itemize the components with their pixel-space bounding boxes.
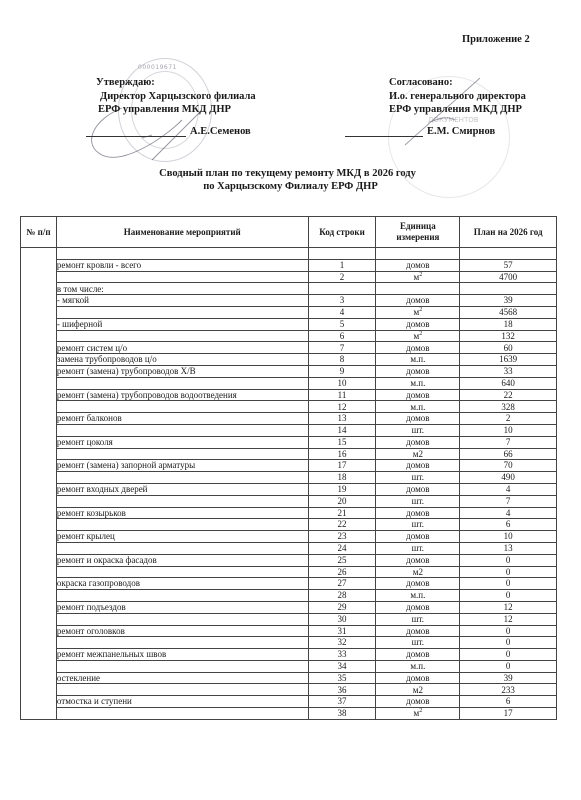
- row-plan: 640: [460, 377, 557, 389]
- row-code: 26: [308, 566, 376, 578]
- row-code: 15: [308, 436, 376, 448]
- table-row: 10м.п.640: [21, 377, 557, 389]
- row-code: 24: [308, 542, 376, 554]
- row-plan: [460, 283, 557, 295]
- row-unit: домов: [376, 507, 460, 519]
- row-name: ремонт межпанельных швов: [56, 649, 308, 661]
- row-unit: домов: [376, 365, 460, 377]
- row-unit: м.п.: [376, 401, 460, 413]
- stamp-text-right: ДОКУМЕНТОВ: [428, 116, 479, 124]
- row-plan: 490: [460, 472, 557, 484]
- row-name: [56, 271, 308, 283]
- row-name: ремонт подъездов: [56, 601, 308, 613]
- table-row: 38м217: [21, 708, 557, 720]
- row-plan: 12: [460, 601, 557, 613]
- row-code: 22: [308, 519, 376, 531]
- row-unit: м.п.: [376, 354, 460, 366]
- row-name: ремонт крылец: [56, 531, 308, 543]
- table-row: 26м20: [21, 566, 557, 578]
- signature-blank: [86, 136, 186, 137]
- row-unit: домов: [376, 672, 460, 684]
- row-unit: домов: [376, 483, 460, 495]
- row-name: ремонт балконов: [56, 413, 308, 425]
- row-name: [56, 590, 308, 602]
- row-name: [56, 684, 308, 696]
- table-row: ремонт (замена) трубопроводов водоотведе…: [21, 389, 557, 401]
- row-unit: домов: [376, 531, 460, 543]
- title-line2: по Харцызскому Филиалу ЕРФ ДНР: [0, 180, 581, 193]
- row-code: 12: [308, 401, 376, 413]
- row-name: - мягкой: [56, 295, 308, 307]
- row-unit: шт.: [376, 495, 460, 507]
- row-plan: 233: [460, 684, 557, 696]
- approve-signature-line: А.Е.Семенов: [86, 126, 251, 137]
- row-code: 10: [308, 377, 376, 389]
- row-code: 11: [308, 389, 376, 401]
- row-unit: м.п.: [376, 590, 460, 602]
- row-unit: м2: [376, 684, 460, 696]
- row-plan: 1639: [460, 354, 557, 366]
- row-name: ремонт и окраска фасадов: [56, 554, 308, 566]
- row-code: 9: [308, 365, 376, 377]
- row-plan: 0: [460, 554, 557, 566]
- agree-block: Согласовано: И.о. генерального директора…: [389, 76, 526, 117]
- row-code: 6: [308, 330, 376, 342]
- row-name: [56, 542, 308, 554]
- row-unit: домов: [376, 601, 460, 613]
- row-name: [56, 495, 308, 507]
- signature-blank: [345, 136, 423, 137]
- row-name: остекление: [56, 672, 308, 684]
- superscript-2: 2: [419, 307, 422, 313]
- table-row: ремонт межпанельных швов33домов0: [21, 649, 557, 661]
- table-row: замена трубопроводов ц/о8м.п.1639: [21, 354, 557, 366]
- row-plan: 6: [460, 696, 557, 708]
- superscript-2: 2: [419, 331, 422, 337]
- table-row: - шиферной5домов18: [21, 318, 557, 330]
- row-plan: 132: [460, 330, 557, 342]
- row-plan: 7: [460, 436, 557, 448]
- agree-signatory: Е.М. Смирнов: [427, 126, 495, 137]
- table-row: в том числе:: [21, 283, 557, 295]
- row-code: 1: [308, 259, 376, 271]
- row-plan: 22: [460, 389, 557, 401]
- table-row: ремонт кровли - всего1домов57: [21, 259, 557, 271]
- row-unit: домов: [376, 625, 460, 637]
- row-name: в том числе:: [56, 283, 308, 295]
- row-plan: 0: [460, 660, 557, 672]
- row-unit: м.п.: [376, 660, 460, 672]
- repair-plan-table: № п/п Наименование мероприятий Код строк…: [20, 216, 557, 720]
- row-unit: домов: [376, 436, 460, 448]
- row-unit: [376, 283, 460, 295]
- row-unit: шт.: [376, 542, 460, 554]
- row-code: 30: [308, 613, 376, 625]
- row-code: 7: [308, 342, 376, 354]
- table-row: ремонт козырьков21домов4: [21, 507, 557, 519]
- row-unit: м2: [376, 306, 460, 318]
- row-unit: м2: [376, 708, 460, 720]
- approve-label: Утверждаю:: [96, 76, 256, 90]
- row-name: ремонт систем ц/о: [56, 342, 308, 354]
- row-plan: 4568: [460, 306, 557, 318]
- row-unit: домов: [376, 413, 460, 425]
- table-row: 32шт.0: [21, 637, 557, 649]
- col-header-unit: Единицаизмерения: [376, 217, 460, 248]
- row-plan: 0: [460, 578, 557, 590]
- row-plan: 4700: [460, 271, 557, 283]
- table-row: окраска газопроводов27домов0: [21, 578, 557, 590]
- table-row: 28м.п.0: [21, 590, 557, 602]
- row-plan: 4: [460, 507, 557, 519]
- row-code: 18: [308, 472, 376, 484]
- approve-position-line2: ЕРФ управления МКД ДНР: [98, 103, 256, 117]
- row-plan: 57: [460, 259, 557, 271]
- superscript-2: 2: [419, 272, 422, 278]
- table-row: отмостка и ступени37домов6: [21, 696, 557, 708]
- row-name: [56, 519, 308, 531]
- approve-block: Утверждаю: Директор Харцызского филиала …: [96, 76, 256, 117]
- table-row: 2м24700: [21, 271, 557, 283]
- approve-position-line1: Директор Харцызского филиала: [100, 90, 256, 104]
- row-name: окраска газопроводов: [56, 578, 308, 590]
- table-row: 12м.п.328: [21, 401, 557, 413]
- row-code: 2: [308, 271, 376, 283]
- table-row: ремонт и окраска фасадов25домов0: [21, 554, 557, 566]
- row-code: 29: [308, 601, 376, 613]
- table-row: ремонт входных дверей19домов4: [21, 483, 557, 495]
- table-row: остекление35домов39: [21, 672, 557, 684]
- table-row: 22шт.6: [21, 519, 557, 531]
- row-code: 17: [308, 460, 376, 472]
- row-name: [56, 472, 308, 484]
- row-name: ремонт входных дверей: [56, 483, 308, 495]
- table-row: 20шт.7: [21, 495, 557, 507]
- title-line1: Сводный план по текущему ремонту МКД в 2…: [0, 167, 581, 180]
- table-row: 34м.п.0: [21, 660, 557, 672]
- row-unit: домов: [376, 342, 460, 354]
- row-unit: м.п.: [376, 377, 460, 389]
- row-plan: 66: [460, 448, 557, 460]
- row-unit: м2: [376, 271, 460, 283]
- document-title: Сводный план по текущему ремонту МКД в 2…: [0, 167, 581, 193]
- col-header-name: Наименование мероприятий: [56, 217, 308, 248]
- row-name: [56, 660, 308, 672]
- row-code: 14: [308, 424, 376, 436]
- row-code: 8: [308, 354, 376, 366]
- row-plan: 39: [460, 295, 557, 307]
- row-name: ремонт оголовков: [56, 625, 308, 637]
- row-name: [56, 306, 308, 318]
- row-code: 31: [308, 625, 376, 637]
- row-code: 38: [308, 708, 376, 720]
- row-unit: домов: [376, 460, 460, 472]
- row-number-cell: [21, 248, 57, 720]
- table-body: ремонт кровли - всего1домов572м24700в то…: [21, 248, 557, 720]
- superscript-2: 2: [419, 708, 422, 714]
- row-unit: домов: [376, 578, 460, 590]
- table-row: 30шт.12: [21, 613, 557, 625]
- row-code: 23: [308, 531, 376, 543]
- table-row: ремонт балконов13домов2: [21, 413, 557, 425]
- row-plan: 0: [460, 566, 557, 578]
- row-unit: м2: [376, 330, 460, 342]
- agree-signature-line: Е.М. Смирнов: [345, 126, 495, 137]
- row-plan: 17: [460, 708, 557, 720]
- table-row: ремонт подъездов29домов12: [21, 601, 557, 613]
- table-row: 16м266: [21, 448, 557, 460]
- table-row: - мягкой3домов39: [21, 295, 557, 307]
- col-header-code: Код строки: [308, 217, 376, 248]
- agree-position-line2: ЕРФ управления МКД ДНР: [389, 103, 526, 117]
- row-name: ремонт (замена) запорной арматуры: [56, 460, 308, 472]
- row-code: 32: [308, 637, 376, 649]
- row-plan: 328: [460, 401, 557, 413]
- row-unit: [376, 248, 460, 260]
- table-row: 36м2233: [21, 684, 557, 696]
- row-name: [56, 566, 308, 578]
- row-plan: 70: [460, 460, 557, 472]
- table-row: 18шт.490: [21, 472, 557, 484]
- row-code: 21: [308, 507, 376, 519]
- row-plan: 0: [460, 590, 557, 602]
- row-code: [308, 248, 376, 260]
- row-code: 13: [308, 413, 376, 425]
- row-plan: 6: [460, 519, 557, 531]
- row-plan: [460, 248, 557, 260]
- col-header-number: № п/п: [21, 217, 57, 248]
- table-header-row: № п/п Наименование мероприятий Код строк…: [21, 217, 557, 248]
- row-plan: 33: [460, 365, 557, 377]
- row-plan: 10: [460, 424, 557, 436]
- approve-signatory: А.Е.Семенов: [190, 126, 251, 137]
- row-code: 5: [308, 318, 376, 330]
- row-unit: домов: [376, 554, 460, 566]
- table-row: ремонт крылец23домов10: [21, 531, 557, 543]
- table-row: ремонт (замена) трубопроводов Х/В9домов3…: [21, 365, 557, 377]
- row-plan: 0: [460, 649, 557, 661]
- agree-label: Согласовано:: [389, 76, 526, 90]
- row-code: 19: [308, 483, 376, 495]
- row-plan: 39: [460, 672, 557, 684]
- row-plan: 2: [460, 413, 557, 425]
- table-row: ремонт систем ц/о7домов60: [21, 342, 557, 354]
- row-name: [56, 613, 308, 625]
- table-row: 6м2132: [21, 330, 557, 342]
- table-row: ремонт (замена) запорной арматуры17домов…: [21, 460, 557, 472]
- row-unit: домов: [376, 259, 460, 271]
- row-name: [56, 330, 308, 342]
- row-code: [308, 283, 376, 295]
- row-code: 34: [308, 660, 376, 672]
- stamp-number: 000019671: [138, 64, 177, 71]
- row-name: ремонт цоколя: [56, 436, 308, 448]
- row-name: [56, 377, 308, 389]
- row-unit: домов: [376, 318, 460, 330]
- row-name: [56, 448, 308, 460]
- row-name: замена трубопроводов ц/о: [56, 354, 308, 366]
- col-header-plan: План на 2026 год: [460, 217, 557, 248]
- row-plan: 0: [460, 637, 557, 649]
- row-code: 25: [308, 554, 376, 566]
- row-unit: домов: [376, 696, 460, 708]
- row-unit: шт.: [376, 637, 460, 649]
- table-row: 14шт.10: [21, 424, 557, 436]
- row-plan: 18: [460, 318, 557, 330]
- row-unit: м2: [376, 448, 460, 460]
- row-unit: шт.: [376, 613, 460, 625]
- row-plan: 7: [460, 495, 557, 507]
- row-unit: м2: [376, 566, 460, 578]
- unit-header-line2: измерения: [396, 232, 439, 242]
- row-unit: домов: [376, 389, 460, 401]
- table-row: 24шт.13: [21, 542, 557, 554]
- row-code: 36: [308, 684, 376, 696]
- row-name: [56, 424, 308, 436]
- row-unit: домов: [376, 649, 460, 661]
- row-code: 20: [308, 495, 376, 507]
- appendix-label: Приложение 2: [462, 34, 530, 45]
- row-unit: шт.: [376, 424, 460, 436]
- row-plan: 60: [460, 342, 557, 354]
- table-row: 4м24568: [21, 306, 557, 318]
- row-unit: шт.: [376, 519, 460, 531]
- row-name: [56, 401, 308, 413]
- row-name: отмостка и ступени: [56, 696, 308, 708]
- row-name: [56, 248, 308, 260]
- row-unit: домов: [376, 295, 460, 307]
- row-name: ремонт козырьков: [56, 507, 308, 519]
- row-code: 37: [308, 696, 376, 708]
- row-plan: 10: [460, 531, 557, 543]
- row-unit: шт.: [376, 472, 460, 484]
- row-plan: 0: [460, 625, 557, 637]
- agree-position-line1: И.о. генерального директора: [389, 90, 526, 104]
- row-name: ремонт кровли - всего: [56, 259, 308, 271]
- row-code: 35: [308, 672, 376, 684]
- unit-header-line1: Единица: [400, 221, 436, 231]
- row-code: 27: [308, 578, 376, 590]
- row-code: 28: [308, 590, 376, 602]
- row-plan: 4: [460, 483, 557, 495]
- row-name: [56, 637, 308, 649]
- row-name: [56, 708, 308, 720]
- row-plan: 12: [460, 613, 557, 625]
- table-row: [21, 248, 557, 260]
- table-row: ремонт оголовков31домов0: [21, 625, 557, 637]
- row-code: 33: [308, 649, 376, 661]
- row-code: 16: [308, 448, 376, 460]
- row-plan: 13: [460, 542, 557, 554]
- row-name: ремонт (замена) трубопроводов Х/В: [56, 365, 308, 377]
- table-row: ремонт цоколя15домов7: [21, 436, 557, 448]
- row-name: ремонт (замена) трубопроводов водоотведе…: [56, 389, 308, 401]
- row-name: - шиферной: [56, 318, 308, 330]
- row-code: 4: [308, 306, 376, 318]
- row-code: 3: [308, 295, 376, 307]
